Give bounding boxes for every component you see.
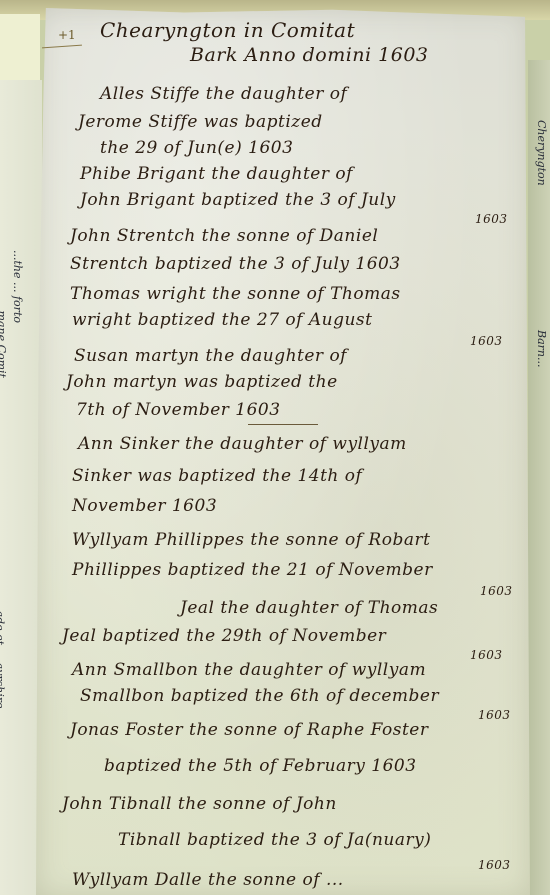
entry-line: Jeal baptized the 29th of November: [62, 626, 386, 646]
entry-line: Jerome Stiffe was baptized: [78, 112, 323, 132]
entry-line: John Strentch the sonne of Daniel: [70, 226, 378, 246]
entry-line: Wyllyam Dalle the sonne of ...: [72, 870, 344, 890]
entry-line: baptized the 5th of February 1603: [104, 756, 417, 776]
background-paper-left-top: [0, 14, 40, 82]
entry-line: Phibe Brigant the daughter of: [80, 164, 353, 184]
background-page-left: [0, 80, 42, 895]
entry-line: November 1603: [72, 496, 217, 516]
entry-line: Alles Stiffe the daughter of: [100, 84, 347, 104]
entry-line: John Tibnall the sonne of John: [62, 794, 337, 814]
entry-line: the 29 of Jun(e) 1603: [100, 138, 293, 158]
entry-line: Sinker was baptized the 14th of: [72, 466, 362, 486]
folio-mark: +1: [58, 28, 76, 42]
register-heading-line-2: Bark Anno domini 1603: [190, 44, 429, 66]
entry-line: Smallbon baptized the 6th of december: [80, 686, 439, 706]
entry-line: Strentch baptized the 3 of July 1603: [70, 254, 401, 274]
entry-line: Jeal the daughter of Thomas: [180, 598, 438, 618]
entry-year: 1603: [480, 584, 513, 598]
entry-line: Jonas Foster the sonne of Raphe Foster: [70, 720, 428, 740]
left-margin-note: ...mane Comit...: [0, 300, 8, 388]
entry-year: 1603: [470, 648, 503, 662]
entry-line: Wyllyam Phillippes the sonne of Robart: [72, 530, 430, 550]
entry-year: 1603: [478, 858, 511, 872]
entry-line: Phillippes baptized the 21 of November: [72, 560, 433, 580]
entry-line: wright baptized the 27 of August: [72, 310, 372, 330]
right-margin-note: Barn...: [535, 330, 548, 367]
entry-year: 1603: [478, 708, 511, 722]
left-margin-note: ...ade et ... ayrshire: [0, 600, 6, 709]
entry-year: 1603: [475, 212, 508, 226]
register-heading-line-1: Chearyngton in Comitat: [100, 18, 355, 42]
entry-line: Susan martyn the daughter of: [74, 346, 347, 366]
entry-line: Ann Smallbon the daughter of wyllyam: [72, 660, 426, 680]
entry-line: Tibnall baptized the 3 of Ja(nuary): [118, 830, 431, 850]
entry-line: Ann Sinker the daughter of wyllyam: [78, 434, 407, 454]
entry-line: Thomas wright the sonne of Thomas: [70, 284, 401, 304]
right-margin-note: Cheryngton: [535, 120, 548, 186]
entry-line: John martyn was baptized the: [66, 372, 338, 392]
entry-line: John Brigant baptized the 3 of July: [80, 190, 396, 210]
entry-year: 1603: [470, 334, 503, 348]
left-margin-note: ...the ... forto: [11, 250, 24, 323]
entry-line: 7th of November 1603: [76, 400, 281, 420]
underline: [248, 424, 318, 425]
